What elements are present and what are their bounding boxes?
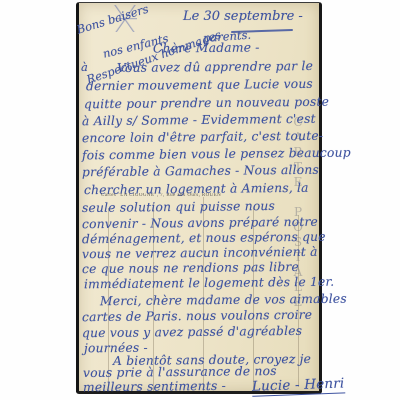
date: Le 30 septembre - xyxy=(183,9,303,24)
handwriting-line: fois comme bien vous le pensez beaucoup xyxy=(82,146,351,163)
closing-line: meilleurs sentiments -Lucie - Henri xyxy=(83,377,345,398)
postcard-photo: CARTE POSTALE Bons baisers nos enfants à… xyxy=(0,0,400,400)
handwriting-line: convenir - Nous avons préparé notre xyxy=(82,215,318,231)
handwriting-line: seule solution qui puisse nous xyxy=(82,199,275,215)
closing-text: meilleurs sentiments - xyxy=(83,379,226,394)
handwriting-line: encore loin d'être parfait, c'est toute- xyxy=(82,129,323,146)
handwriting-line: ce que nous ne rendions pas libre xyxy=(82,260,299,276)
handwriting-line: cartes de Paris. nous voulons croire xyxy=(82,308,312,324)
handwriting-line: Vous avez dû apprendre par le xyxy=(117,59,313,75)
publisher-imprint: Cartes "LA CIGOGNE", 7, Rue aux Ours, RO… xyxy=(101,193,221,198)
handwriting-line: quitte pour prendre un nouveau poste xyxy=(84,95,329,112)
handwriting-line: que vous y avez passé d'agréables xyxy=(82,324,302,340)
handwriting-line: dernier mouvement que Lucie vous xyxy=(86,77,313,93)
handwriting-line: Chère Madame - xyxy=(153,40,260,55)
handwriting-line: préférable à Gamaches - Nous allons xyxy=(82,163,319,179)
postcard-paper: CARTE POSTALE Bons baisers nos enfants à… xyxy=(76,2,322,394)
handwriting-line: déménagement, et nous espérons que xyxy=(82,230,326,247)
handwriting-line: à Ailly s/ Somme - Evidemment c'est xyxy=(82,112,316,128)
handwriting-line: vous ne verrez aucun inconvénient à xyxy=(82,245,318,261)
signature: Lucie - Henri xyxy=(252,375,345,396)
handwriting-line: Merci, chère madame de vos aimables xyxy=(100,292,347,309)
handwriting-line: immédiatement le logement dès le 1er. xyxy=(84,275,334,292)
